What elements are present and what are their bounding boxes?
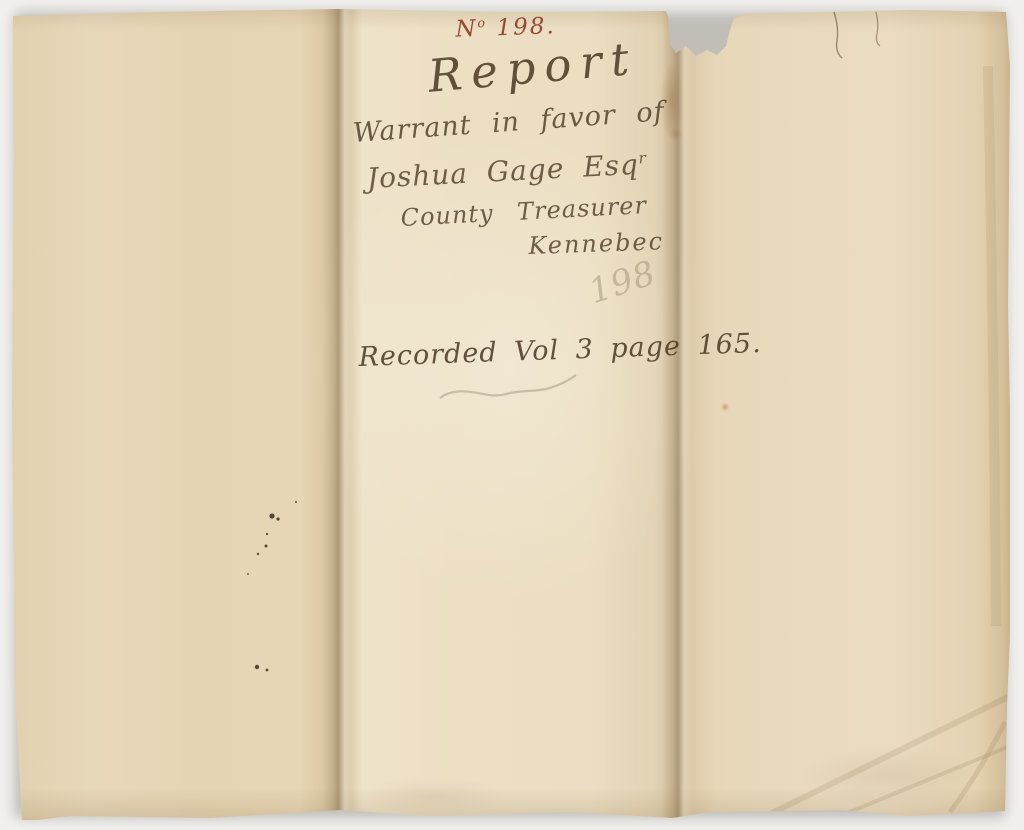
fold-crease-right <box>662 6 692 820</box>
folded-document: No 198. Report Warrant in favor of Joshu… <box>10 6 1010 820</box>
docket-line-office: County Treasurer <box>400 191 648 232</box>
pencil-number: 198 <box>584 253 661 312</box>
bottom-wrinkles <box>770 696 1010 816</box>
ink-speckles <box>247 501 297 671</box>
tear-crack-left <box>834 12 842 58</box>
docket-line-payee: Joshua Gage Esqr <box>366 147 648 195</box>
right-edge-shading <box>988 66 996 626</box>
fold-crease-left <box>322 6 352 820</box>
tear-cracks <box>834 12 880 58</box>
tear-crack-right <box>876 12 880 46</box>
document-scan: No 198. Report Warrant in favor of Joshu… <box>0 0 1024 830</box>
recorded-note: Recorded Vol 3 page 165. <box>358 328 762 373</box>
docket-number-sup: o <box>477 15 487 30</box>
faint-pencil-scribble <box>440 375 576 398</box>
payee-name: Joshua Gage Esq <box>366 148 640 195</box>
docket-number-prefix: N <box>455 16 478 43</box>
docket-number: No 198. <box>455 13 556 43</box>
docket-line-warrant: Warrant in favor of <box>352 96 666 149</box>
payee-sup: r <box>638 149 647 167</box>
docket-number-value: 198. <box>487 13 556 41</box>
